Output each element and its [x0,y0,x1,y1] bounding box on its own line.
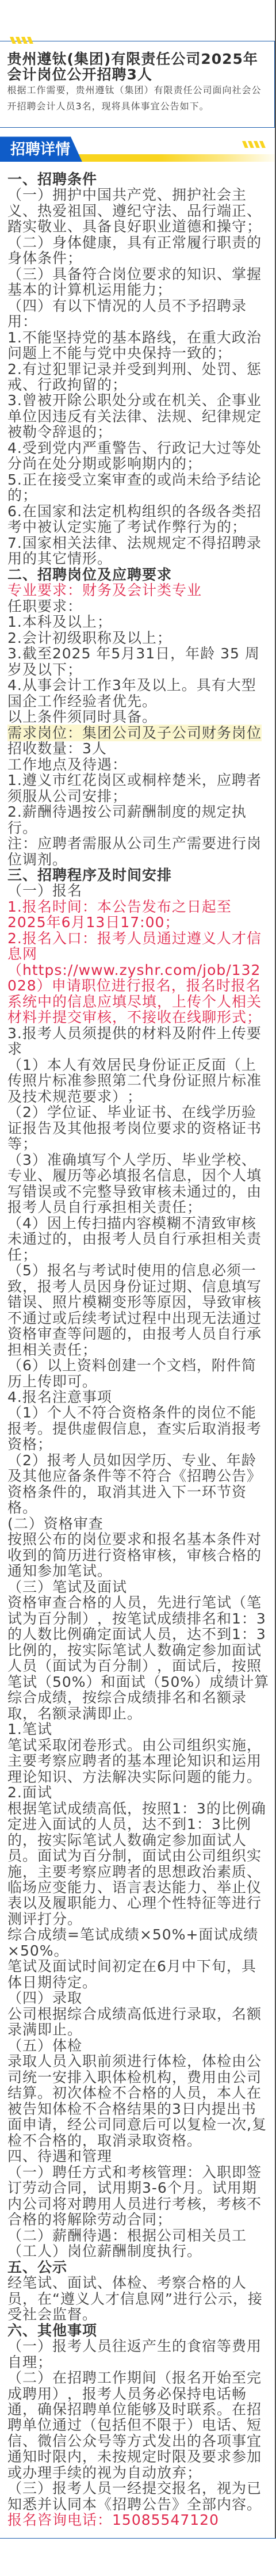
condition-item: （三）具备符合岗位要求的知识、掌握基本的计算机运用能力； [7,266,270,298]
other-item: （一）报考人员往返产生的食宿等费用自理； [7,2338,270,2370]
section-heading-procedure: 三、招聘程序及时间安排 [7,867,270,883]
interview-text: 根据笔试成绩高低，按照1：3的比例确定进入面试的人员，达不到1：3比例的，按实际… [7,1801,270,1927]
registration-entry: 2.报名入口：报考人员通过遵义人才信息网（https://www.zyshr.c… [7,931,270,1026]
section-heading-other: 六、其他事项 [7,2323,270,2338]
exclusion-item: 3.曾被开除公职处分或在机关、企事业单位因违反有关法律、法规、纪律规定被勒令辞退… [7,393,270,440]
registration-entry-suffix: ）申请职位进行报名，报名时报名系统中的信息应填尽填，上传个人相关材料并提交审核，… [7,977,262,1026]
exam-text: 资格审查合格的人员，先进行笔试（笔试为百分制），按笔试成绩排名和1：3的人数比例… [7,1595,270,1721]
article-frame: 贵州遵钛(集团)有限责任公司2025年会计岗位公开招聘3人 根据工作需要，贵州遵… [0,0,276,2538]
note-item: （2）报考人员如因学历、专业、年龄及其他应备条件等不符合《招聘公告》资格条件的，… [7,1453,270,1516]
material-item: （3）准确填写个人学历、毕业学校、专业、履历等必填报名信息，因个人填写错误或不完… [7,1152,270,1215]
intro-box: 贵州遵钛(集团)有限责任公司2025年会计岗位公开招聘3人 根据工作需要，贵州遵… [0,41,275,128]
position-highlight: 需求岗位：集团公司及子公司财务岗位 [7,725,262,741]
location-item: 1.遵义市红花岗区或桐梓楚米，应聘者须服从公司安排； [7,772,270,804]
exclusion-item: 2.有过犯罪记录并受到判刑、处罚、惩戒、行政拘留的； [7,361,270,393]
material-item: （1）本人有效居民身份证正反面（上传照片标准参照第二代身份证照片标准及技术规范要… [7,1057,270,1104]
position-value: 集团公司及子公司财务岗位 [82,725,262,741]
section-heading-conditions: 一、招聘条件 [7,172,270,187]
material-item: （2）学位证、毕业证书、在线学历验证报告及其他报考岗位要求的资格证书等； [7,1104,270,1152]
exam-title: （三）笔试及面试 [7,1579,270,1595]
major-requirement: 专业要求：财务及会计类专业 [7,582,270,598]
position-label: 需求岗位： [7,725,82,741]
exclusion-item: 5.正在接受立案审查的或尚未给予结论的； [7,472,270,504]
score-formula: 综合成绩=笔试成绩×50%+面试成绩×50%。 [7,1927,270,1958]
header-accent-bar [63,154,275,162]
decorative-stripes-icon [242,141,266,148]
admission-text: 公司根据综合成绩高低进行录取，名额录满即止。 [7,2006,270,2038]
exclusion-item: 1.不能坚持党的基本路线，在重大政治问题上不能与党中央保持一致的； [7,330,270,361]
review-text: 按照公布的岗位要求和报名基本条件对收到的简历进行资格审核，审核合格的通知参加笔试… [7,1531,270,1579]
decorative-stripes-icon [10,37,34,44]
review-title: (二）资格审查 [7,1516,270,1531]
article-page: 贵州遵钛(集团)有限责任公司2025年会计岗位公开招聘3人 根据工作需要，贵州遵… [0,0,276,2560]
section-header-recruitment-details: 招聘详情 [0,136,275,162]
material-item: （5）报名与考试时使用的信息必须一致，报考人员因身份证过期、信息填写错误、照片模… [7,1263,270,1358]
condition-item: （二）身体健康，具有正常履行职责的身体条件； [7,235,270,266]
registration-time: 1.报名时间：本公告发布之日起至2025年6月13日17:00； [7,899,270,931]
exam-schedule: 笔试及面试时间初定在6月中下旬，具体日期待定。 [7,1958,270,1990]
condition-item: （一）拥护中国共产党、拥护社会主义、热爱祖国、遵纪守法、品行端正、踏实敬业、具备… [7,187,270,234]
medical-title: （五）体检 [7,2038,270,2053]
registration-time-label: 1.报名时间： [7,898,97,915]
article-title: 贵州遵钛(集团)有限责任公司2025年会计岗位公开招聘3人 [7,51,271,83]
contact-line: 报名咨询电话：15085547120 [7,2512,270,2528]
written-exam-title: 1.笔试 [7,1721,270,1737]
registration-title: （一）报名 [7,883,270,898]
page-bottom-spacer [0,2539,276,2560]
notes-title: 4.报名注意事项 [7,1389,270,1405]
exclusion-item: 4.受到党内严重警告、行政记大过等处分尚在处分期或影响期内的； [7,440,270,472]
section-heading-treatment: 四、待遇和管理 [7,2148,270,2164]
treatment-item: （一）聘任方式和考核管理：入职即签订劳动合同，试用期3-6个月。试用期内公司将对… [7,2165,270,2228]
treatment-item: （二）薪酬待遇：根据公司相关员工（工人）岗位薪酬制度执行。 [7,2228,270,2259]
recruitment-details: 一、招聘条件 （一）拥护中国共产党、拥护社会主义、热爱祖国、遵纪守法、品行端正、… [0,162,275,2537]
major-label: 专业要求： [7,582,82,599]
headcount-label: 招收数量： [7,740,82,757]
position-line: 需求岗位：集团公司及子公司财务岗位 [7,725,270,741]
section-header-label: 招聘详情 [10,137,70,162]
note-item: （1）个人不符合资格条件的岗位不能报考。提供虚假信息，查实后取消报考资格； [7,1405,270,1452]
intro-lead: 根据工作需要，贵州遵钛（集团）有限责任公司面向社会公开招聘会计人员3名，现将具体… [7,82,271,114]
condition-item: （四）有以下情况的人员不予招聘录用： [7,298,270,330]
adjustment-note: 注：应聘者需服从公司生产需要进行岗位调剂。 [7,836,270,867]
section-heading-publicity: 五、公示 [7,2259,270,2275]
section-heading-positions: 二、招聘岗位及应聘要求 [7,567,270,582]
location-item: 2.薪酬待遇按公司薪酬制度的规定执行。 [7,804,270,836]
requirements-label: 任职要求： [7,599,270,614]
requirement-item: 1.本科及以上； [7,614,270,630]
contact-phone: 15085547120 [112,2512,219,2528]
material-item: （6）以上资料创建一个文档，附件简历上传即可。 [7,1358,270,1389]
materials-title: 3.报考人员须提供的材料及附件上传要求 [7,1026,270,1057]
contact-label: 报名咨询电话： [7,2512,112,2528]
location-label: 工作地点及待遇： [7,757,270,772]
all-required-note: 以上条件须同时具备。 [7,709,270,725]
publicity-text: 经笔试、面试、体检、考察合格的人员，在“遵义人才信息网”进行公示，接受社会监督。 [7,2275,270,2322]
admission-title: （四）录取 [7,1990,270,2006]
exclusion-item: 7.国家相关法律、法规规定不得招聘录用的其它情形。 [7,535,270,567]
interview-title: 2.面试 [7,1785,270,1800]
headcount-value: 3人 [82,740,107,757]
written-exam-text: 笔试采取闭卷形式。由公司组织实施，主要考察应聘者的基本理论知识和运用理论知识、方… [7,1737,270,1785]
requirement-item: 2.会计初级职称及以上； [7,630,270,646]
major-value: 财务及会计类专业 [82,582,202,599]
headcount-line: 招收数量：3人 [7,741,270,756]
requirement-item: 3.截至2025 年5月31日，年龄 35 周岁及以下； [7,646,270,677]
other-item: （三）报考人员一经提交报名，视为已知悉并认同本《招聘公告》全部内容。 [7,2480,270,2512]
material-item: （4）因上传扫描内容模糊不清致审核未通过的，由报考人员自行承担相关责任； [7,1215,270,1263]
other-item: （二）在招聘工作期间（报名开始至完成聘用），报考人员务必保持电话畅通，确保招聘单… [7,2370,270,2480]
medical-text: 录取人员入职前须进行体检，体检由公司统一安排入职体检机构，费用由公司结算。初次体… [7,2053,270,2148]
exclusion-item: 6.在国家和法定机构组织的各级各类招考中被认定实施了考试作弊行为的； [7,504,270,535]
requirement-item: 4.从事会计工作3年及以上。具有大型国企工作经验者优先。 [7,677,270,709]
